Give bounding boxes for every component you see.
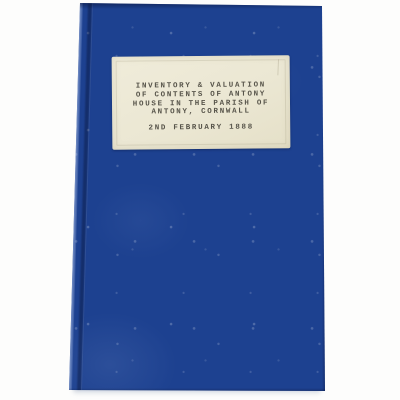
photo-background: INVENTORY & VALUATION OF CONTENTS OF ANT… [0,0,400,400]
book-cover: INVENTORY & VALUATION OF CONTENTS OF ANT… [69,3,325,392]
right-edge-shade [322,3,325,392]
label-date: 2ND FEBRUARY 1888 [112,123,290,133]
label-line: ANTONY, CORNWALL [112,108,290,118]
top-edge-shade [69,3,325,9]
title-label: INVENTORY & VALUATION OF CONTENTS OF ANT… [112,55,291,150]
label-text-block: INVENTORY & VALUATION OF CONTENTS OF ANT… [112,81,290,134]
